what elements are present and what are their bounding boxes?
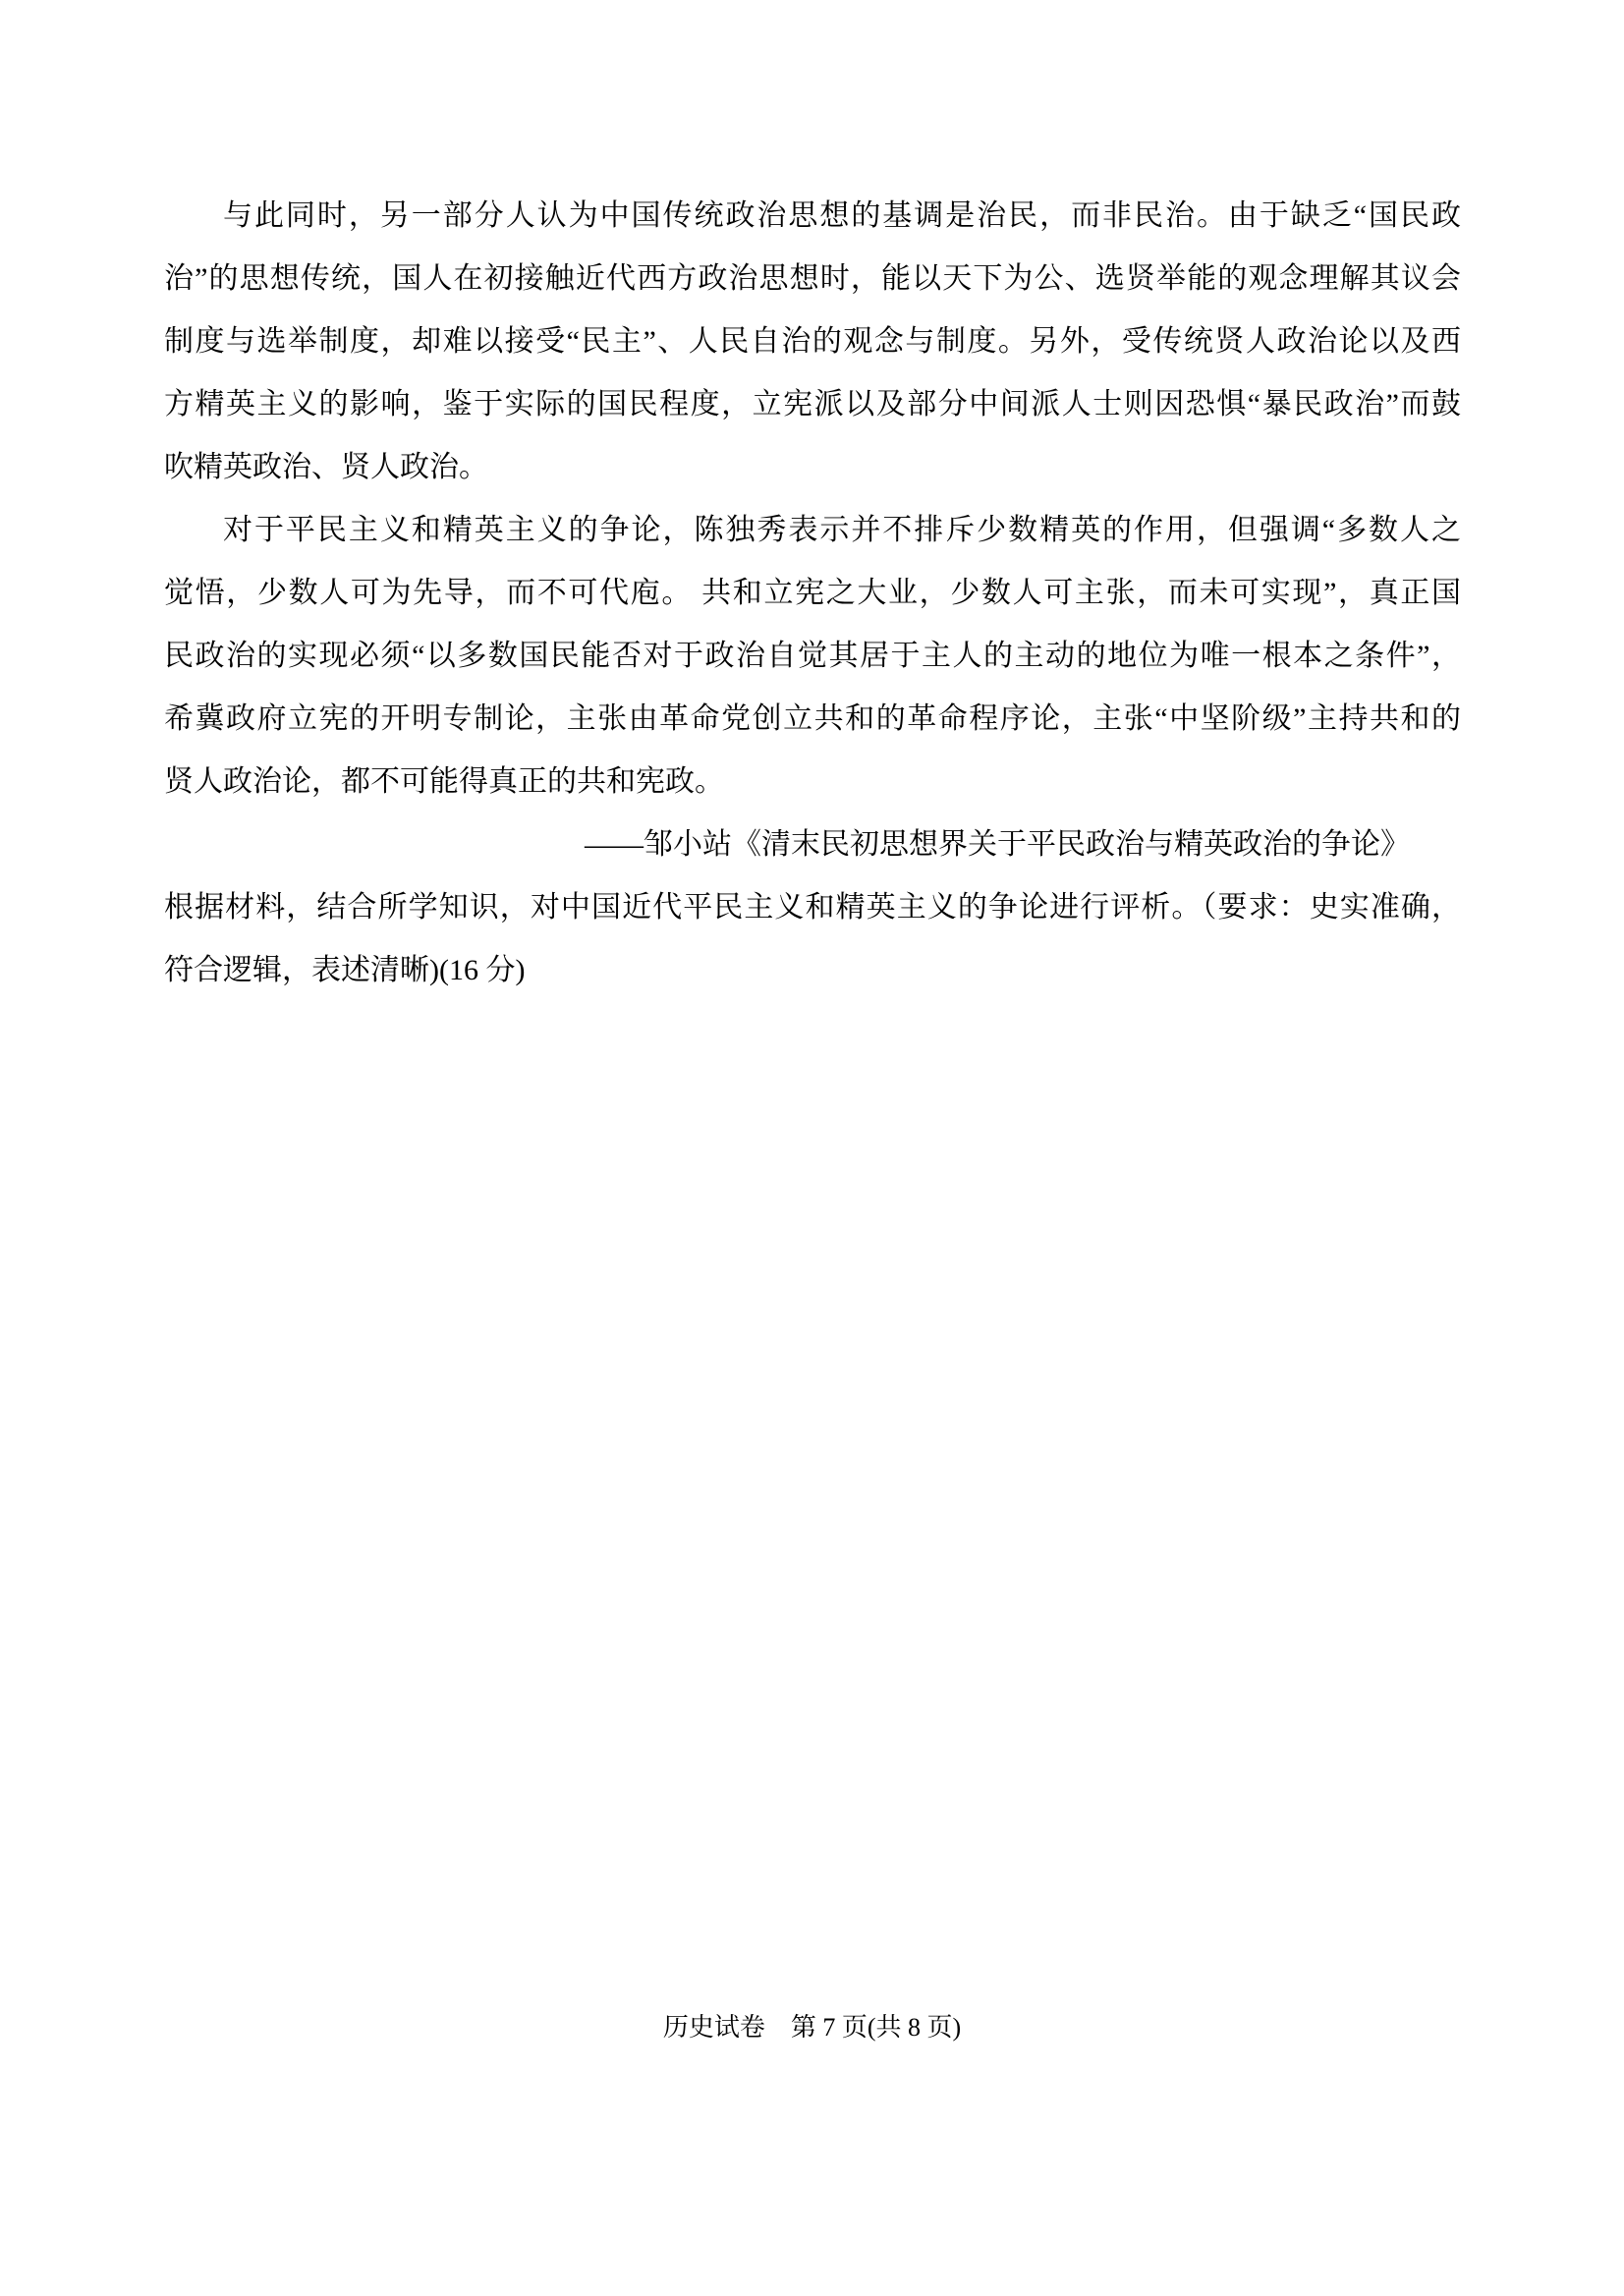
question-line: 符合逻辑，表述清晰)(16 分) [164, 939, 1461, 1002]
page-footer: 历史试卷 第 7 页(共 8 页) [0, 2012, 1624, 2044]
paragraph2-line: 对于平民主义和精英主义的争论，陈独秀表示并不排斥少数精英的作用，但强调“多数人之 [164, 499, 1461, 562]
exam-page: 与此同时，另一部分人认为中国传统政治思想的基调是治民，而非民治。由于缺乏“国民政… [0, 0, 1624, 2296]
paragraph1-line: 吹精英政治、贤人政治。 [164, 436, 1461, 499]
paragraph1-line: 制度与选举制度，却难以接受“民主”、人民自治的观念与制度。另外，受传统贤人政治论… [164, 310, 1461, 373]
paragraph1-line: 治”的思想传统，国人在初接触近代西方政治思想时，能以天下为公、选贤举能的观念理解… [164, 248, 1461, 310]
question-line: 根据材料，结合所学知识，对中国近代平民主义和精英主义的争论进行评析。（要求：史实… [164, 876, 1461, 939]
paragraph1-line: 与此同时，另一部分人认为中国传统政治思想的基调是治民，而非民治。由于缺乏“国民政 [164, 185, 1461, 248]
paragraph2-line: 民政治的实现必须“以多数国民能否对于政治自觉其居于主人的主动的地位为唯一根本之条… [164, 625, 1461, 688]
paragraph2-line: 贤人政治论，都不可能得真正的共和宪政。 [164, 751, 1461, 813]
source-attribution: ——邹小站《清末民初思想界关于平民政治与精英政治的争论》 [164, 813, 1461, 876]
paragraph1-line: 方精英主义的影响，鉴于实际的国民程度，立宪派以及部分中间派人士则因恐惧“暴民政治… [164, 373, 1461, 436]
document-body: 与此同时，另一部分人认为中国传统政治思想的基调是治民，而非民治。由于缺乏“国民政… [164, 185, 1461, 1002]
paragraph2-line: 觉悟，少数人可为先导，而不可代庖。 共和立宪之大业，少数人可主张，而未可实现”，… [164, 562, 1461, 625]
paragraph2-line: 希冀政府立宪的开明专制论，主张由革命党创立共和的革命程序论，主张“中坚阶级”主持… [164, 688, 1461, 751]
